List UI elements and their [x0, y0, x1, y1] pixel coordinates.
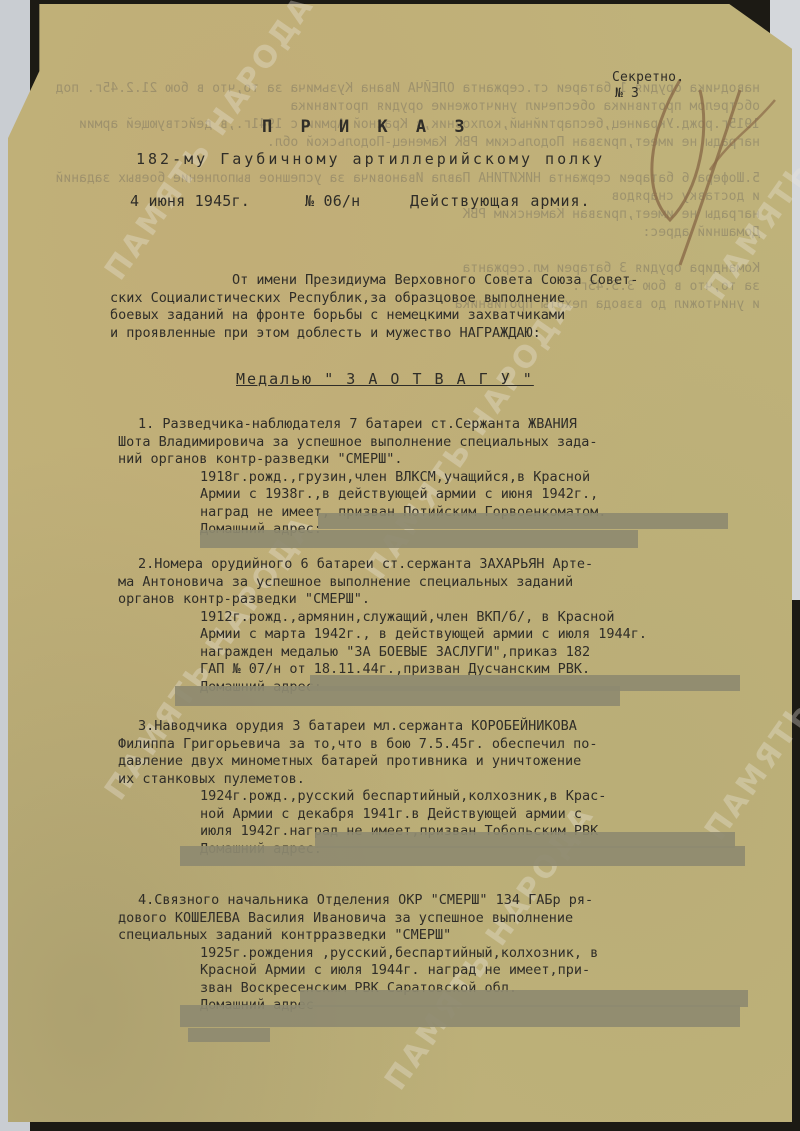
bio-line: Армии с марта 1942г., в действующей арми…	[118, 626, 758, 644]
preamble: От имени Президиума Верховного Совета Со…	[110, 272, 730, 342]
entry-line: 3.Наводчика орудия 3 батареи мл.сержанта…	[118, 718, 758, 736]
entry-line: ма Антоновича за успешное выполнение спе…	[118, 574, 758, 592]
classification-stamp: Секретно.	[612, 70, 684, 85]
preamble-line: и проявленные при этом доблесть и мужест…	[110, 325, 730, 343]
entry-line: 1. Разведчика-наблюдателя 7 батареи ст.С…	[118, 416, 758, 434]
entry-line: специальных заданий контрразведки "СМЕРШ…	[118, 927, 758, 945]
entry-line: их станковых пулеметов.	[118, 771, 758, 789]
document-title: П Р И К А З	[262, 117, 474, 137]
preamble-line: От имени Президиума Верховного Совета Со…	[110, 272, 730, 290]
bio-line: 1925г.рождения ,русский,беспартийный,кол…	[118, 945, 758, 963]
bio-line: Армии с 1938г.,в действующей армии с июн…	[118, 486, 758, 504]
redaction-bar	[200, 530, 638, 548]
award-order-document: Секретно. № 3 П Р И К А З 182-му Гаубичн…	[0, 0, 800, 1131]
bio-line: награжден медалью "ЗА БОЕВЫЕ ЗАСЛУГИ",пр…	[118, 644, 758, 662]
bio-line: ной Армии с декабря 1941г.в Действующей …	[118, 806, 758, 824]
entry-line: Филиппа Григорьевича за то,что в бою 7.5…	[118, 736, 758, 754]
redaction-bar	[180, 1005, 740, 1027]
bio-line: 1912г.рожд.,армянин,служащий,член ВКП/б/…	[118, 609, 758, 627]
redaction-bar	[175, 686, 620, 706]
entry-line: дового КОШЕЛЕВА Василия Ивановича за усп…	[118, 910, 758, 928]
entry-line: Шота Владимировича за успешное выполнени…	[118, 434, 758, 452]
addressee: 182-му Гаубичному артиллерийскому полку	[136, 150, 605, 168]
entry-line: давление двух минометных батарей противн…	[118, 753, 758, 771]
entry-line: 4.Связного начальника Отделения ОКР "СМЕ…	[118, 892, 758, 910]
redaction-bar	[180, 846, 745, 866]
bio-line: Красной Армии с июля 1944г. наград не им…	[118, 962, 758, 980]
medal-heading: Медалью " З А О Т В А Г У "	[236, 370, 534, 388]
order-date: 4 июня 1945г.	[130, 192, 250, 210]
redaction-bar	[188, 1028, 270, 1042]
entry-line: органов контр-разведки "СМЕРШ".	[118, 591, 758, 609]
entry-line: ний органов контр-разведки "СМЕРШ".	[118, 451, 758, 469]
bio-line: 1924г.рожд.,русский беспартийный,колхозн…	[118, 788, 758, 806]
order-location: Действующая армия.	[410, 192, 591, 210]
order-number: № 06/н	[305, 192, 360, 210]
entry-line: 2.Номера орудийного 6 батареи ст.сержант…	[118, 556, 758, 574]
classification-number: № 3	[615, 86, 639, 101]
preamble-line: боевых заданий на фронте борьбы с немецк…	[110, 307, 730, 325]
redaction-bar	[318, 513, 728, 529]
preamble-line: ских Социалистических Республик,за образ…	[110, 290, 730, 308]
bio-line: 1918г.рожд.,грузин,член ВЛКСМ,учащийся,в…	[118, 469, 758, 487]
